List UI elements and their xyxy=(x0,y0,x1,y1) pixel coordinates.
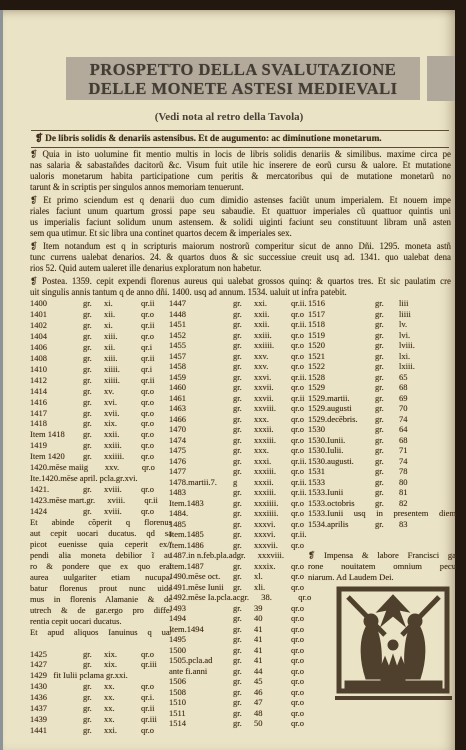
table-row-c1: 1530 xyxy=(308,424,375,435)
table-row: 1414gr.xv.qr.o xyxy=(30,386,172,397)
table-row-c4: qr.o xyxy=(291,571,304,582)
table-row-c2: gr. xyxy=(233,456,254,467)
table-row-c2: gr. xyxy=(233,571,254,582)
table-row-c4: qr.ii. xyxy=(291,298,307,309)
table-row-c1: 1419 xyxy=(30,440,83,451)
table-row: mus in florenis Alamanie & de xyxy=(30,594,172,605)
table-row-c2: gr. xyxy=(233,624,254,635)
table-row: aut cepit uocari ducatus. qd sa xyxy=(30,528,172,539)
table-row-c3: xxx. xyxy=(254,414,291,425)
table-row-c2: gr. xyxy=(83,714,104,725)
colophon-line: niarum. Ad Laudem Dei. xyxy=(308,572,456,583)
table-row: Item.1483gr.xxxiiii.qr.o xyxy=(169,498,315,509)
table-row: 1474gr.xxxiii.qr.o xyxy=(169,435,315,446)
table-row: Ite.1420.mēse april. pcla.gr.xvi. xyxy=(30,473,172,484)
table-row-c4: qr.o xyxy=(291,655,304,666)
table-row-c1: 1530.augusti. xyxy=(308,456,375,467)
table-row: 1534.aprilisgr.83 xyxy=(308,519,456,530)
paragraph-line: ❡ Et primo sciendum est q denarii duo cu… xyxy=(30,195,451,206)
table-row-c3: xii. xyxy=(104,309,141,320)
table-row-c2: gr. xyxy=(375,298,399,309)
table-row: 1500gr.41qr.o xyxy=(169,645,315,656)
table-row-c2: gr. xyxy=(83,342,104,353)
table-row-c2: gr. xyxy=(375,340,399,351)
table-row-c3: xxx. xyxy=(254,445,291,456)
table-row-c2: gr. xyxy=(233,340,254,351)
table-row-c3: xxv. xyxy=(254,361,291,372)
table-row-c2: gr. xyxy=(233,466,254,477)
table-row: 1487.in n.feb.pla.adgr.xxxviii. xyxy=(169,550,315,561)
table-row-c3: xxxii. xyxy=(254,477,291,488)
table-row-c3: xx. xyxy=(104,714,141,725)
table-row: 1429 fit Iulii pclama gr.xxi. xyxy=(30,670,172,681)
table-row-c4: qr.o xyxy=(291,330,304,341)
table-row-c1: 1477 xyxy=(169,466,233,477)
paragraph-line: ❡ Quia in isto uolumine fit mentio multi… xyxy=(30,149,451,160)
table-row-c2: gr. xyxy=(233,540,254,551)
table-row-c3: xxxi. xyxy=(254,456,291,467)
table-row-c4: qr.o xyxy=(291,361,304,372)
table-row: 1421.gr.xviii.qr.o xyxy=(30,484,172,495)
table-row: 1490.mēse oct.gr.xl.qr.o xyxy=(169,571,315,582)
table-row-c3: xix. xyxy=(104,649,141,660)
table-row-c3: xxii. xyxy=(104,429,141,440)
table-row-c1: 1533.Iunii xyxy=(308,487,375,498)
table-row-c1: 1487.in n.feb.pla.ad xyxy=(169,550,237,561)
table-row-c2: gr. xyxy=(83,353,104,364)
woodcut-figure-left-body xyxy=(361,627,381,679)
table-row-c2: gr. xyxy=(83,451,104,462)
table-row-c1: 1484. xyxy=(169,508,233,519)
table-row-c1: 1424 xyxy=(30,506,83,517)
table-row-c2: gr. xyxy=(233,645,254,656)
table-row: 1410gr.xiiii.qr.i xyxy=(30,364,172,375)
table-row-c2: g xyxy=(84,462,105,473)
table-row-c3: xxvii. xyxy=(254,382,291,393)
table-row-c4: qr.i xyxy=(141,364,152,375)
table-row: 1520gr.lviii. xyxy=(308,340,456,351)
table-row: 1460gr.xxvii.qr.o xyxy=(169,382,315,393)
table-row-c4: qr.o xyxy=(291,519,304,530)
table-row-c4: qr.ii. xyxy=(291,456,307,467)
table-row-c4: qr.o xyxy=(141,506,154,517)
table-row: 1455gr.xxiiii.qr.o xyxy=(169,340,315,351)
table-row-c3: 41 xyxy=(254,655,291,666)
table-row-c3: xx. xyxy=(104,692,141,703)
table-row-c2: gr. xyxy=(375,414,399,425)
table-row-c1: 1492.mēse Ia.pcla.ac xyxy=(169,592,240,603)
table-row-c1: 1517 xyxy=(308,309,375,320)
table-row-c2: gr. xyxy=(375,498,399,509)
table-row-c1: 1418 xyxy=(30,418,83,429)
table-row: 1519gr.lvi. xyxy=(308,330,456,341)
table-row-c3: xix. xyxy=(104,659,141,670)
table-row-c4: qr.o xyxy=(291,634,304,645)
table-row-c3: 69 xyxy=(399,393,456,404)
table-row: 1416gr.xvi.qr.o xyxy=(30,397,172,408)
table-row-c1: 1530.Iulii. xyxy=(308,445,375,456)
intro-paragraphs: ❡ Quia in isto uolumine fit mentio multi… xyxy=(30,149,451,300)
table-row-c1: 1417 xyxy=(30,408,83,419)
table-row-c3: xv. xyxy=(104,386,141,397)
table-row-c1: 1478.martii.7. xyxy=(169,477,233,488)
table-row-c2: gr. xyxy=(83,375,104,386)
table-row-c2: gr. xyxy=(375,477,399,488)
table-row-c2: gr. xyxy=(233,708,254,719)
table-row-c4: qr.o xyxy=(291,540,304,551)
table-row-c3: lv. xyxy=(399,319,456,330)
table-row-c1: 1494 xyxy=(169,613,233,624)
table-row-c2: gr. xyxy=(375,466,399,477)
table-row-c4: qr.o xyxy=(291,676,304,687)
table-row-c1: Item.1486 xyxy=(169,540,233,551)
table-row-c4: qr.ii. xyxy=(291,529,307,540)
scanned-page: PROSPETTO DELLA SVALUTAZIONE DELLE MONET… xyxy=(3,10,455,750)
table-row-c3: xxviii. xyxy=(254,403,291,414)
table-row-c3: xviii. xyxy=(104,506,141,517)
table-row-c2: gr. xyxy=(83,397,104,408)
table-row-c3: xxv. xyxy=(254,351,291,362)
table-row-c1: 1516 xyxy=(308,298,375,309)
table-row-c1: 1493 xyxy=(169,603,233,614)
table-row-c1: 1474 xyxy=(169,435,233,446)
table-row: 1417gr.xvii.qr.o xyxy=(30,408,172,419)
table-row-c2: gr. xyxy=(233,330,254,341)
paragraph-line: ualoris monetarum habita participatione … xyxy=(30,171,451,182)
table-row-c4: qr.o xyxy=(291,435,304,446)
table-row-c4: qr.o xyxy=(291,687,304,698)
table-row: 1494gr.40qr.o xyxy=(169,613,315,624)
table-row-c4: qr.o xyxy=(298,592,311,603)
table-row-c2: gr. xyxy=(83,692,104,703)
table-row-c1: 1508 xyxy=(169,687,233,698)
table-row-c2: gr. xyxy=(375,330,399,341)
table-row-c4: qr.o xyxy=(141,484,154,495)
table-row: 1533gr.80 xyxy=(308,477,456,488)
table-row: 1466gr.xxx.qr.o xyxy=(169,414,315,425)
paragraph-line: tunc currens ualebat denarios. 24. & qua… xyxy=(30,252,451,263)
table-row-c3: xi. xyxy=(104,298,141,309)
table-row-c1: 1483 xyxy=(169,487,233,498)
table-row-c1: 1402 xyxy=(30,320,83,331)
woodcut-eagle xyxy=(377,595,409,626)
table-row-c3: xxxvi. xyxy=(254,519,291,530)
table-row-c3: xx. xyxy=(104,703,141,714)
table-row-c3: xxxvi. xyxy=(254,529,291,540)
table-row-c1: 1451 xyxy=(169,319,233,330)
table-row-c2: gr. xyxy=(233,603,254,614)
table-row-c2: gr. xyxy=(233,519,254,530)
table-row-c3: 81 xyxy=(399,487,456,498)
table-row: pendi alia moneta debilior ĩ au xyxy=(30,550,172,561)
table-row: ante fi.annigr.44qr.o xyxy=(169,666,315,677)
table-row-c1: Item.1487 xyxy=(169,561,233,572)
table-row-c1: 1531 xyxy=(308,466,375,477)
table-row-c2: gr. xyxy=(83,484,104,495)
table-row: Item.1486gr.xxxvii.qr.o xyxy=(169,540,315,551)
table-row: 1484.gr.xxxiiii.qr.o xyxy=(169,508,315,519)
table-row: batur florenus prout nunc uide xyxy=(30,583,172,594)
value-table-column-3: 1516gr.liii1517gr.liiii1518gr.lv.1519gr.… xyxy=(308,298,456,529)
table-row-c1: 1400 xyxy=(30,298,83,309)
table-row: 1508gr.46qr.o xyxy=(169,687,315,698)
table-row-c2: gr. xyxy=(86,495,107,506)
table-row-c2: gr. xyxy=(83,298,104,309)
paragraph-line: riales faciunt unum quartum grossi pape … xyxy=(30,206,451,217)
table-row-c1: 1416 xyxy=(30,397,83,408)
table-row-c3: 46 xyxy=(254,687,291,698)
table-row-c4: qr.o xyxy=(141,309,154,320)
table-row-c1: 1491.mēse Iunii xyxy=(169,582,233,593)
table-row-c2: gr. xyxy=(375,487,399,498)
table-row-c4: qr.o xyxy=(141,725,154,736)
table-row-c1: 1510 xyxy=(169,697,233,708)
table-row-c3: 74 xyxy=(399,414,456,425)
table-row: 1511gr.48qr.o xyxy=(169,708,315,719)
table-row-c2: gr. xyxy=(233,309,254,320)
paragraph-2: ❡ Et primo sciendum est q denarii duo cu… xyxy=(30,195,451,239)
table-row-c3: xxiiii. xyxy=(254,340,291,351)
table-row-c3: xvii. xyxy=(104,408,141,419)
table-row-c1: 1533.octobris xyxy=(308,498,375,509)
table-row-c4: qr.o xyxy=(291,403,304,414)
table-row-c3: xiiii. xyxy=(104,364,141,375)
table-row: 1458gr.xxv.qr.o xyxy=(169,361,315,372)
table-row: Item 1418gr.xxii.qr.o xyxy=(30,429,172,440)
table-row-c4: qr.o xyxy=(291,718,304,729)
table-row-c4: qr.ii. xyxy=(291,319,307,330)
table-row-c3: xxiii. xyxy=(104,440,141,451)
table-row: 1531gr.78 xyxy=(308,466,456,477)
table-row: 1529.martii.gr.69 xyxy=(308,393,456,404)
table-row-c3: 68 xyxy=(399,382,456,393)
table-row-c4: qr.o xyxy=(291,414,304,425)
table-row: 1423.mēse mart.gr.xviii.qr.ii xyxy=(30,495,172,506)
table-row: 1430gr.xx.qr.o xyxy=(30,681,172,692)
table-row-c3: lxiii. xyxy=(399,361,456,372)
table-row-c3: xxxix. xyxy=(254,561,291,572)
table-row-c3: xvi. xyxy=(104,397,141,408)
table-row-c4: qr.o xyxy=(291,561,304,572)
table-row: Item 1420gr.xxiiii.qr.o xyxy=(30,451,172,462)
woodcut-figure-right-body xyxy=(405,627,425,679)
table-row-c1: 1410 xyxy=(30,364,83,375)
table-row: 1459gr.xxvi.qr.ii. xyxy=(169,372,315,383)
title-band-right-fragment xyxy=(427,56,455,101)
table-row-c3: 45 xyxy=(254,676,291,687)
table-row-c1: 1490.mēse oct. xyxy=(169,571,233,582)
table-row-c4: qr.o xyxy=(291,708,304,719)
table-row-c2: gr. xyxy=(233,319,254,330)
table-row-c3: 71 xyxy=(399,445,456,456)
paragraph-line: rios 52. Quid autem ualeret ille denariu… xyxy=(30,263,451,274)
table-row: 1530gr.64 xyxy=(308,424,456,435)
table-row-c2: gr. xyxy=(237,550,258,561)
table-row-c1: 1529.decēbris. xyxy=(308,414,375,425)
table-row-c2: gr. xyxy=(375,519,399,530)
table-row-c1: 1522 xyxy=(308,361,375,372)
table-row-c1: 1529 xyxy=(308,382,375,393)
table-row-c3: 47 xyxy=(254,697,291,708)
paragraph-line: nas salaria & sabastañdes dacitorũ &c. V… xyxy=(30,160,451,171)
table-row-c3: 74 xyxy=(399,456,456,467)
table-row-c1: 1452 xyxy=(169,330,233,341)
table-row: 1425gr.xix.qr.o xyxy=(30,649,172,660)
table-row-c3: xviii. xyxy=(107,495,144,506)
table-row-c3: xxxiii. xyxy=(254,487,291,498)
table-row-c3: xxiii. xyxy=(254,330,291,341)
table-row-c4: qr.o xyxy=(291,340,304,351)
table-row-c2: gr. xyxy=(233,361,254,372)
paragraph-line: tarunt & in scriptis per singulos annos … xyxy=(30,182,451,193)
table-row-c1: 1436 xyxy=(30,692,83,703)
table-row-c4: qr.i. xyxy=(141,692,154,703)
table-row-c2: gr. xyxy=(83,681,104,692)
table-row-c2: gr. xyxy=(233,382,254,393)
paragraph-line: ❡ Item notandum est q in scripturis maio… xyxy=(30,241,451,252)
table-row-c4: qr.o xyxy=(291,603,304,614)
table-row-c1: 1530.Iunii. xyxy=(308,435,375,446)
table-row: Item.1494gr.41qr.o xyxy=(169,624,315,635)
table-row-c3: 80 xyxy=(399,477,456,488)
table-row: 1529gr.68 xyxy=(308,382,456,393)
table-row-c1: Item.1494 xyxy=(169,624,233,635)
table-row: 1516gr.liii xyxy=(308,298,456,309)
table-row-c2: gr. xyxy=(83,320,104,331)
table-row-c2: gr. xyxy=(233,676,254,687)
table-row-c3: xxi. xyxy=(104,725,141,736)
table-row-c1: 1406 xyxy=(30,342,83,353)
table-row: 1402gr.xi.qr.ii xyxy=(30,320,172,331)
paragraph-3: ❡ Item notandum est q in scripturis maio… xyxy=(30,241,451,274)
table-row-c3: lviii. xyxy=(399,340,456,351)
table-row: 1457gr.xxv.qr.o xyxy=(169,351,315,362)
table-row xyxy=(30,638,172,649)
table-row-c1: 1404 xyxy=(30,331,83,342)
table-row-c3: xxxii. xyxy=(254,424,291,435)
table-row-c3: lvi. xyxy=(399,330,456,341)
table-row-c4: qr.o xyxy=(291,445,304,456)
table-row-c2: gr. xyxy=(375,445,399,456)
printer-mark-woodcut xyxy=(335,585,452,705)
table-row: 1412gr.xiiii.qr.ii xyxy=(30,375,172,386)
table-row-c3: xiii. xyxy=(104,331,141,342)
table-row-c4: qr.ii xyxy=(291,393,304,404)
table-row-c3: liiii xyxy=(399,309,456,320)
table-row-c1: 1441 xyxy=(30,725,83,736)
table-row-c3: 50 xyxy=(254,718,291,729)
table-row-c2: gr. xyxy=(83,725,104,736)
table-row: 1437gr.xx.qr.ii xyxy=(30,703,172,714)
table-row-c4: qr.iii xyxy=(141,659,157,670)
table-row-c2: gr. xyxy=(83,703,104,714)
colophon-note: ❡ Impensa & labore Francisci garone noui… xyxy=(308,550,456,583)
table-row-c2: gr. xyxy=(83,440,104,451)
table-row-c3: 41 xyxy=(254,634,291,645)
table-row-c2: gr. xyxy=(375,403,399,414)
table-row-c1: 1437 xyxy=(30,703,83,714)
table-row-c4: qr.o xyxy=(141,418,154,429)
table-row-c1: 1485 xyxy=(169,519,233,530)
table-row-c3: xxxvii. xyxy=(254,540,291,551)
table-row: 1478.martii.7.gxxxii.qr.ii. xyxy=(169,477,315,488)
table-row-c1: 1447 xyxy=(169,298,233,309)
table-row-c3: 83 xyxy=(399,519,456,530)
table-row-c2: gr. xyxy=(375,424,399,435)
table-row: 1530.Iunii.gr.68 xyxy=(308,435,456,446)
table-row: Item.1485gr.xxxvi.qr.ii. xyxy=(169,529,315,540)
table-row: 1530.augusti.gr.74 xyxy=(308,456,456,467)
table-row-c1: 1475 xyxy=(169,445,233,456)
table-row-c3: 65 xyxy=(399,372,456,383)
table-row-c2: gr. xyxy=(83,386,104,397)
table-row-c1: 1412 xyxy=(30,375,83,386)
page-title-line2: DELLE MONETE ASTESI MEDIEVALI xyxy=(66,79,420,98)
paragraph-line: us imperialis faciunt solidum unum asten… xyxy=(30,217,451,228)
table-row-c1: 1500 xyxy=(169,645,233,656)
table-row-c4: qr.o xyxy=(141,649,154,660)
table-row-c2: gr. xyxy=(83,506,104,517)
table-row: 1530.Iulii.gr.71 xyxy=(308,445,456,456)
table-row-c2: gr. xyxy=(233,298,254,309)
table-row-c4: qr.o xyxy=(141,386,154,397)
table-row-c3: xiiii. xyxy=(104,375,141,386)
paragraph-line: uit singulis annis tantum q de anno dñi.… xyxy=(30,287,451,298)
paragraph-line: sem qua utimur. Et sic libra una contine… xyxy=(30,228,451,239)
table-row: 1441gr.xxi.qr.o xyxy=(30,725,172,736)
table-row-c1: 1533 xyxy=(308,477,375,488)
table-row-c3: 41 xyxy=(254,645,291,656)
table-row-c1: 1521 xyxy=(308,351,375,362)
table-row: 1451gr.xxii.qr.ii. xyxy=(169,319,315,330)
table-row: aurea uulgariter etiam nucupa/ xyxy=(30,572,172,583)
table-row: 1427gr.xix.qr.iii xyxy=(30,659,172,670)
table-row-c1: 1534.aprilis xyxy=(308,519,375,530)
table-row: 1485gr.xxxvi.qr.o xyxy=(169,519,315,530)
table-row-c4: qr.ii. xyxy=(291,487,307,498)
table-row-c1: 1423.mēse mart. xyxy=(30,495,86,506)
table-row: 1401gr.xii.qr.o xyxy=(30,309,172,320)
table-row-c3: 64 xyxy=(399,424,456,435)
table-row-c4: qr.ii xyxy=(141,320,154,331)
table-row-c4: qr.ii. xyxy=(291,372,307,383)
woodcut-crown xyxy=(381,655,405,681)
table-row-c4: qr.o xyxy=(141,429,154,440)
table-row-c2: gr. xyxy=(233,393,254,404)
table-row-c2: gr. xyxy=(83,418,104,429)
table-row: 1419gr.xxiii.qr.o xyxy=(30,440,172,451)
table-row-c1: Item 1420 xyxy=(30,451,83,462)
table-row: 1452gr.xxiii.qr.o xyxy=(169,330,315,341)
table-row: 1436gr.xx.qr.i. xyxy=(30,692,172,703)
table-row: 1521gr.lxi. xyxy=(308,351,456,362)
table-row: 1404gr.xiii.qr.o xyxy=(30,331,172,342)
page-title-line1: PROSPETTO DELLA SVALUTAZIONE xyxy=(66,60,420,79)
table-row-c2: gr. xyxy=(233,613,254,624)
table-row: 1420.mēse maiigxxv.qr.o xyxy=(30,462,172,473)
table-row-c1: 1518 xyxy=(308,319,375,330)
woodcut-ground xyxy=(345,681,442,689)
table-row-c4: qr.o xyxy=(141,397,154,408)
table-row-c1: 1511 xyxy=(169,708,233,719)
table-row-c1: 1455 xyxy=(169,340,233,351)
table-row-c2: gr. xyxy=(233,487,254,498)
table-row: Item.1487gr.xxxix.qr.o xyxy=(169,561,315,572)
table-row-c2: gr. xyxy=(240,592,261,603)
woodcut-orb xyxy=(388,640,398,650)
table-row: 1448gr.xxii.qr.o xyxy=(169,309,315,320)
table-row-c1: 1495 xyxy=(169,634,233,645)
